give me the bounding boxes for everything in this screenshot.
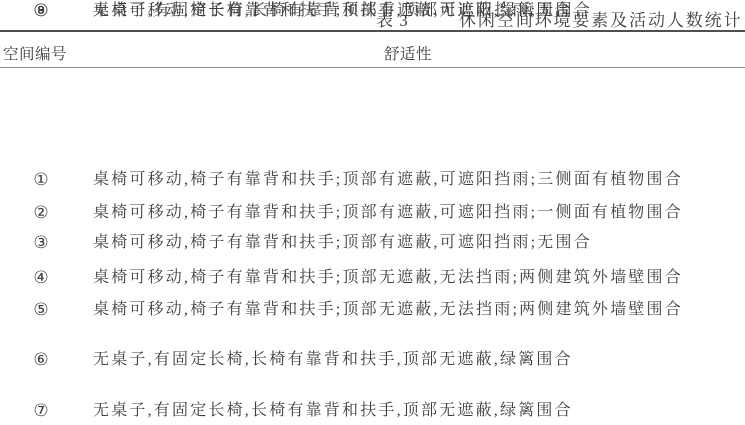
row-comfort-description: 桌椅可移动,椅子有靠背和扶手;顶部无遮蔽,无法挡雨;两侧建筑外墙壁围合 bbox=[93, 299, 683, 321]
column-header-comfort: 舒适性 bbox=[384, 42, 432, 64]
row-space-id: ⑨ bbox=[0, 0, 82, 22]
row-space-id: ③ bbox=[0, 232, 82, 254]
row-comfort-description: 无桌子,有固定长椅,长椅有靠背和扶手,顶部无遮蔽,绿篱围合 bbox=[93, 0, 573, 22]
table-row: ① 桌椅可移动,椅子有靠背和扶手;顶部有遮蔽,可遮阳挡雨;三侧面有植物围合 bbox=[0, 169, 745, 191]
row-space-id: ⑦ bbox=[0, 400, 82, 422]
row-comfort-description: 桌椅可移动,椅子有靠背和扶手;顶部有遮蔽,可遮阳挡雨;无围合 bbox=[93, 232, 592, 254]
row-comfort-description: 桌椅可移动,椅子有靠背和扶手;顶部无遮蔽,无法挡雨;两侧建筑外墙壁围合 bbox=[93, 267, 683, 289]
row-space-id: ① bbox=[0, 169, 82, 191]
row-space-id: ⑥ bbox=[0, 349, 82, 371]
table-row: ⑦ 无桌子,有固定长椅,长椅有靠背和扶手,顶部无遮蔽,绿篱围合 bbox=[0, 400, 745, 422]
column-header-space-id: 空间编号 bbox=[3, 42, 67, 64]
row-comfort-description: 桌椅可移动,椅子有靠背和扶手;顶部有遮蔽,可遮阳挡雨;一侧面有植物围合 bbox=[93, 202, 683, 224]
table-row: ④ 桌椅可移动,椅子有靠背和扶手;顶部无遮蔽,无法挡雨;两侧建筑外墙壁围合 bbox=[0, 267, 745, 289]
table-row: ⑤ 桌椅可移动,椅子有靠背和扶手;顶部无遮蔽,无法挡雨;两侧建筑外墙壁围合 bbox=[0, 299, 745, 321]
row-comfort-description: 无桌子,有固定长椅,长椅有靠背和扶手,顶部无遮蔽,绿篱围合 bbox=[93, 349, 573, 371]
table-row: ② 桌椅可移动,椅子有靠背和扶手;顶部有遮蔽,可遮阳挡雨;一侧面有植物围合 bbox=[0, 202, 745, 224]
row-comfort-description: 桌椅可移动,椅子有靠背和扶手;顶部有遮蔽,可遮阳挡雨;三侧面有植物围合 bbox=[93, 169, 683, 191]
table-top-rule bbox=[0, 30, 745, 32]
table-row: ③ 桌椅可移动,椅子有靠背和扶手;顶部有遮蔽,可遮阳挡雨;无围合 bbox=[0, 232, 745, 254]
table-header-rule bbox=[0, 67, 745, 68]
paper-table-page: 表 3 休闲空间环境要素及活动人数统计 空间编号 舒适性 ① 桌椅可移动,椅子有… bbox=[0, 0, 745, 425]
row-space-id: ④ bbox=[0, 267, 82, 289]
table-row: ⑥ 无桌子,有固定长椅,长椅有靠背和扶手,顶部无遮蔽,绿篱围合 bbox=[0, 349, 745, 371]
table-row: ⑨ 无桌子,有固定长椅,长椅有靠背和扶手,顶部无遮蔽,绿篱围合 bbox=[0, 0, 745, 22]
row-comfort-description: 无桌子,有固定长椅,长椅有靠背和扶手,顶部无遮蔽,绿篱围合 bbox=[93, 400, 573, 422]
row-space-id: ⑤ bbox=[0, 299, 82, 321]
row-space-id: ② bbox=[0, 202, 82, 224]
